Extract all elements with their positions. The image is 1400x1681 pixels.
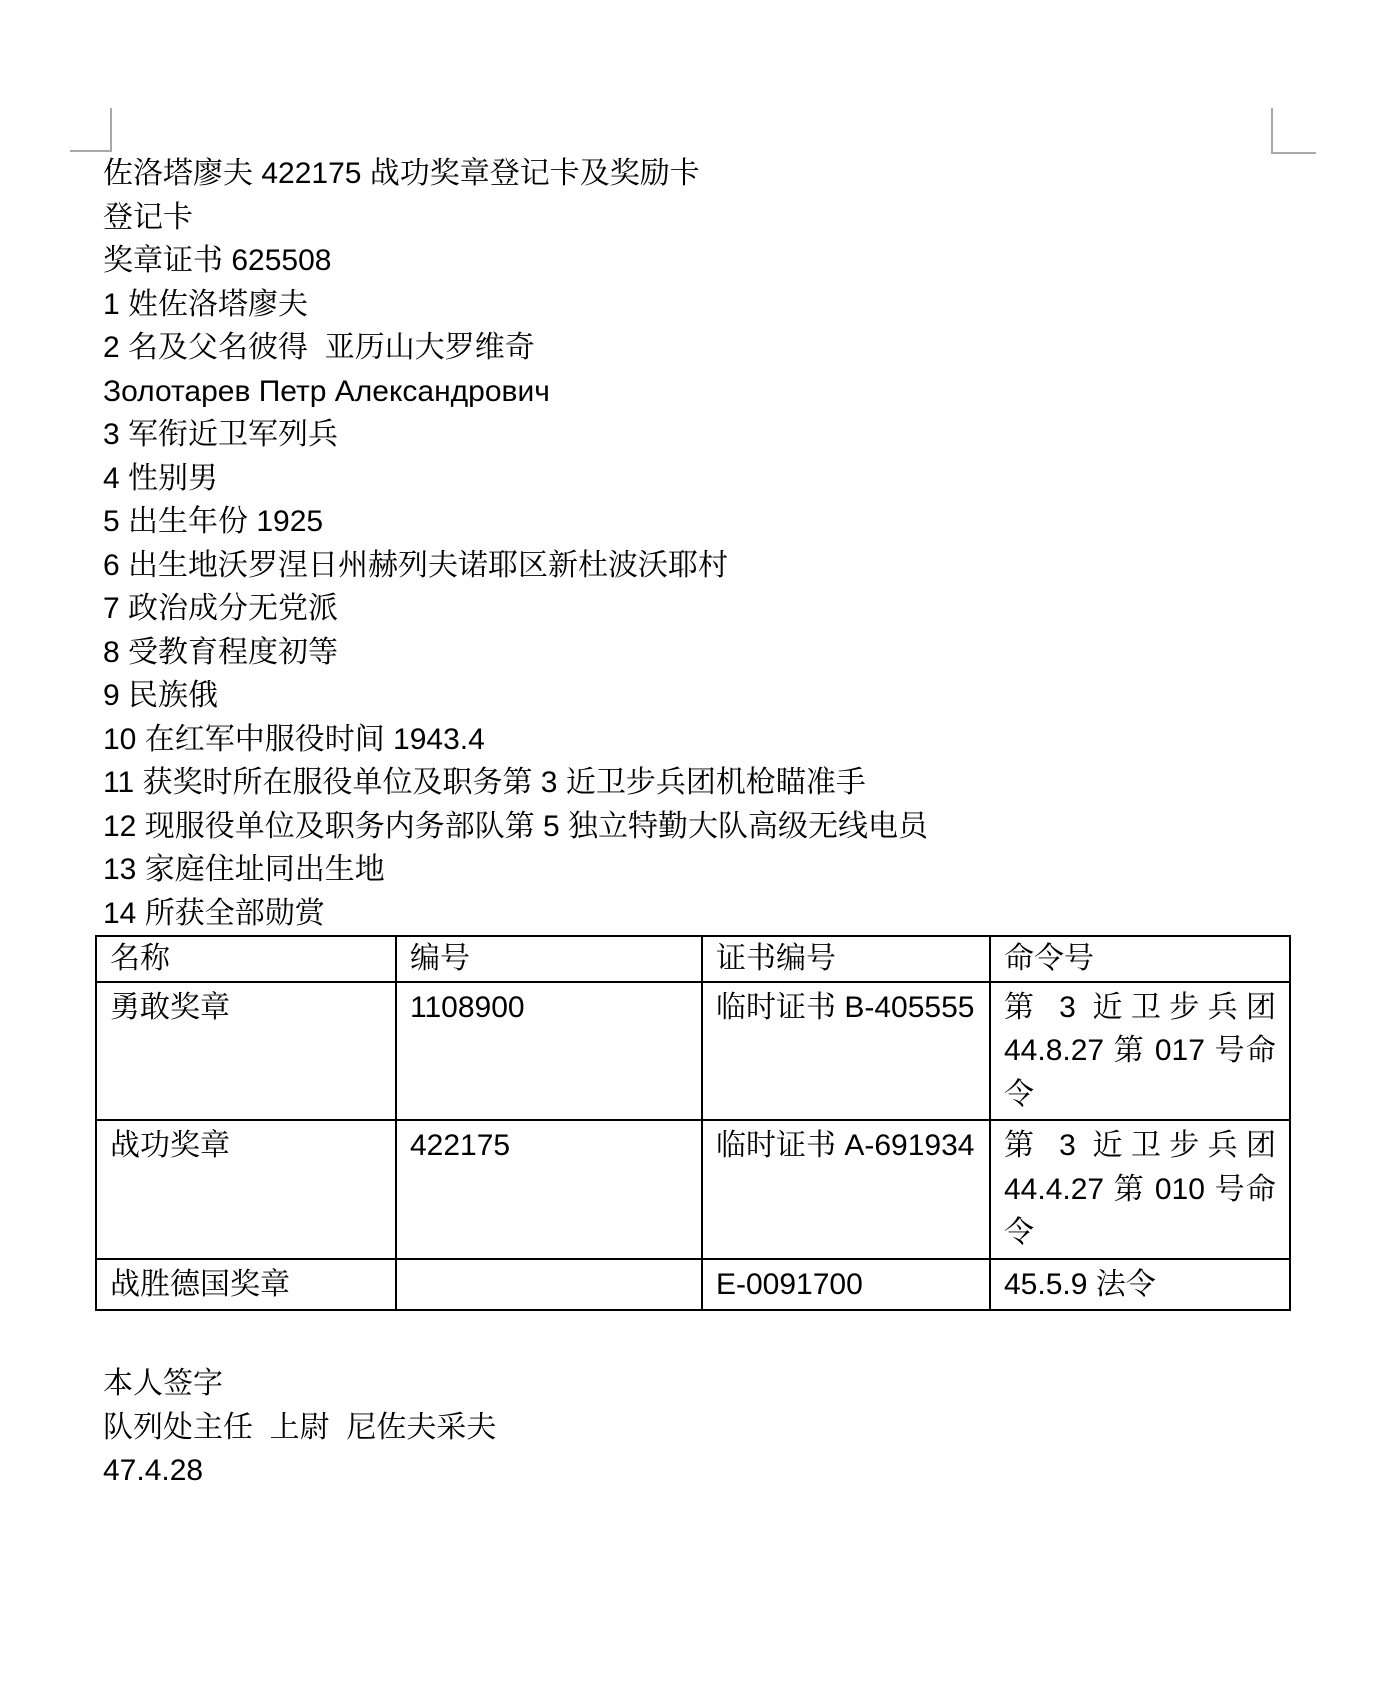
- field-home-address: 13 家庭住址同出生地: [103, 848, 1314, 892]
- cell-order-number: 第 3 近卫步兵团 44.4.27 第 010 号命令: [990, 1120, 1290, 1259]
- cell-medal-number: [396, 1259, 702, 1311]
- header-order-number: 命令号: [990, 936, 1290, 982]
- field-award-unit: 11 获奖时所在服役单位及职务第 3 近卫步兵团机枪瞄准手: [103, 761, 1314, 805]
- field-sex: 4 性别男: [103, 457, 1314, 501]
- cell-award-name: 战胜德国奖章: [96, 1259, 396, 1311]
- cell-medal-number: 1108900: [396, 982, 702, 1121]
- doc-title: 佐洛塔廖夫 422175 战功奖章登记卡及奖励卡: [103, 152, 1314, 196]
- field-ethnicity: 9 民族俄: [103, 674, 1314, 718]
- margin-mark-top-left: [70, 108, 112, 152]
- table-row: 战功奖章 422175 临时证书 A-691934 第 3 近卫步兵团 44.4…: [96, 1120, 1290, 1259]
- field-birth-place: 6 出生地沃罗涅日州赫列夫诺耶区新杜波沃耶村: [103, 544, 1314, 588]
- cell-award-name: 勇敢奖章: [96, 982, 396, 1121]
- signature-line: 本人签字: [103, 1362, 1314, 1406]
- cell-award-name: 战功奖章: [96, 1120, 396, 1259]
- date-line: 47.4.28: [103, 1449, 1314, 1493]
- table-row: 勇敢奖章 1108900 临时证书 B-405555 第 3 近卫步兵团 44.…: [96, 982, 1290, 1121]
- field-rank: 3 军衔近卫军列兵: [103, 413, 1314, 457]
- table-row: 战胜德国奖章 E-0091700 45.5.9 法令: [96, 1259, 1290, 1311]
- awards-section-heading: 14 所获全部勋赏: [103, 892, 1314, 936]
- cell-order-number: 第 3 近卫步兵团 44.8.27 第 017 号命令: [990, 982, 1290, 1121]
- cell-certificate-number: E-0091700: [702, 1259, 990, 1311]
- header-medal-number: 编号: [396, 936, 702, 982]
- cell-order-number: 45.5.9 法令: [990, 1259, 1290, 1311]
- awards-table: 名称 编号 证书编号 命令号 勇敢奖章 1108900 临时证书 B-40555…: [95, 935, 1291, 1311]
- field-given-name: 2 名及父名彼得 亚历山大罗维奇: [103, 326, 1314, 370]
- certificate-number-line: 奖章证书 625508: [103, 239, 1314, 283]
- card-type-label: 登记卡: [103, 196, 1314, 240]
- cell-medal-number: 422175: [396, 1120, 702, 1259]
- officer-line: 队列处主任 上尉 尼佐夫采夫: [103, 1406, 1314, 1450]
- header-certificate-number: 证书编号: [702, 936, 990, 982]
- awards-table-header-row: 名称 编号 证书编号 命令号: [96, 936, 1290, 982]
- header-award-name: 名称: [96, 936, 396, 982]
- field-name-russian: Золотарев Петр Александрович: [103, 370, 1314, 414]
- field-service-start: 10 在红军中服役时间 1943.4: [103, 718, 1314, 762]
- document-content: 佐洛塔廖夫 422175 战功奖章登记卡及奖励卡 登记卡 奖章证书 625508…: [0, 0, 1400, 1493]
- field-education: 8 受教育程度初等: [103, 631, 1314, 675]
- cell-certificate-number: 临时证书 A-691934: [702, 1120, 990, 1259]
- cell-certificate-number: 临时证书 B-405555: [702, 982, 990, 1121]
- field-surname: 1 姓佐洛塔廖夫: [103, 283, 1314, 327]
- field-birth-year: 5 出生年份 1925: [103, 500, 1314, 544]
- field-current-unit: 12 现服役单位及职务内务部队第 5 独立特勤大队高级无线电员: [103, 805, 1314, 849]
- document-page: 佐洛塔廖夫 422175 战功奖章登记卡及奖励卡 登记卡 奖章证书 625508…: [0, 0, 1400, 1681]
- field-political-status: 7 政治成分无党派: [103, 587, 1314, 631]
- margin-mark-top-right: [1271, 108, 1316, 154]
